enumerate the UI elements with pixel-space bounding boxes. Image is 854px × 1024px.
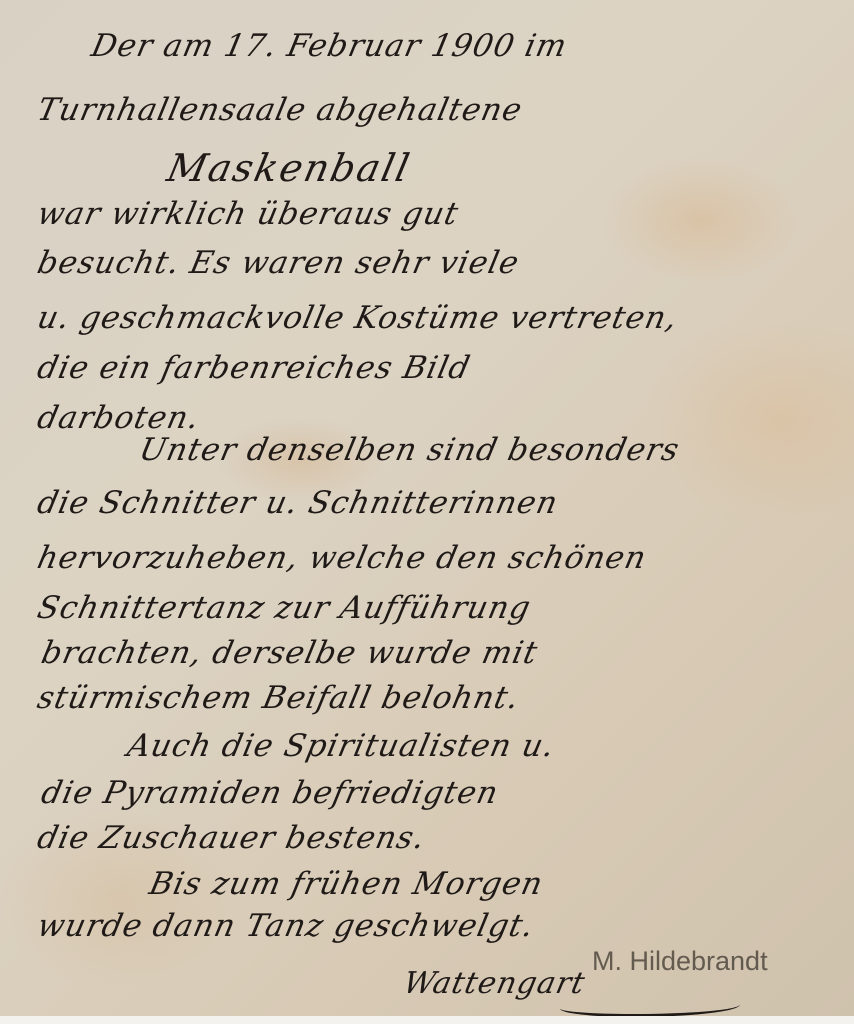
text-line-13: brachten, derselbe wurde mit: [38, 635, 541, 671]
text-line-17: die Zuschauer bestens.: [34, 820, 428, 856]
text-line-6: u. geschmackvolle Kostüme vertreten,: [34, 300, 681, 336]
text-line-16: die Pyramiden befriedigten: [38, 775, 502, 811]
text-line-2: Turnhallensaale abgehaltene: [34, 92, 526, 128]
text-line-15: Auch die Spiritualisten u.: [124, 728, 558, 764]
text-line-14: stürmischem Beifall belohnt.: [34, 680, 523, 716]
watermark: M. Hildebrandt: [592, 946, 768, 977]
text-line-11: hervorzuheben, welche den schönen: [34, 540, 650, 576]
paper-sheet: Der am 17. Februar 1900 im Turnhallensaa…: [0, 0, 854, 1016]
text-line-10: die Schnitter u. Schnitterinnen: [34, 485, 561, 521]
text-line-5: besucht. Es waren sehr viele: [34, 245, 523, 281]
signature-flourish: [560, 996, 740, 1017]
text-line-19: wurde dann Tanz geschwelgt.: [34, 908, 537, 944]
text-line-1: Der am 17. Februar 1900 im: [88, 28, 570, 64]
text-line-9: Unter denselben sind besonders: [136, 432, 683, 468]
text-line-7: die ein farbenreiches Bild: [34, 350, 474, 386]
heading-maskenball: Maskenball: [163, 146, 415, 190]
text-line-4: war wirklich überaus gut: [34, 196, 462, 232]
text-line-18: Bis zum frühen Morgen: [146, 866, 546, 902]
scan-border: [0, 1016, 854, 1024]
text-line-8: darboten.: [34, 400, 203, 436]
text-line-12: Schnittertanz zur Aufführung: [34, 590, 534, 626]
